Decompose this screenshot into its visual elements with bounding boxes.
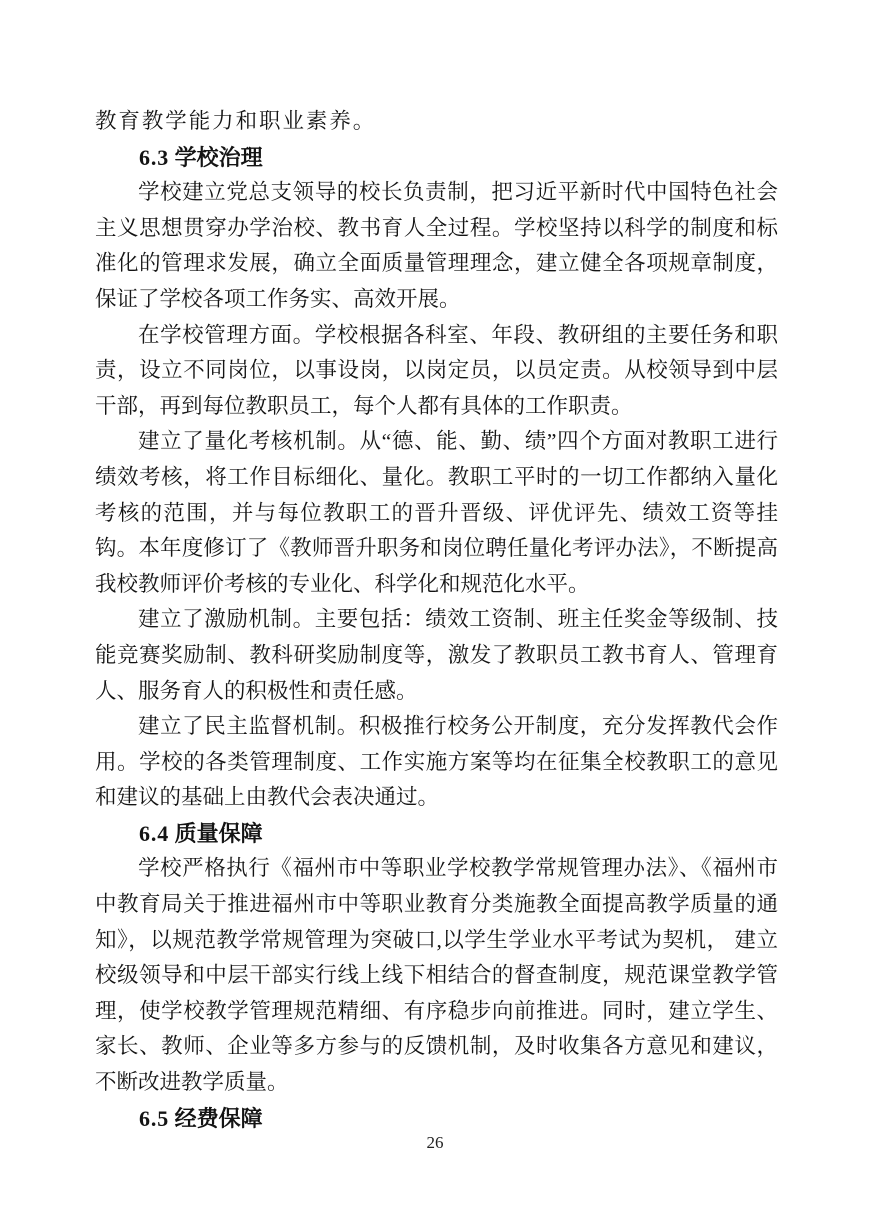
section-heading-6-4: 6.4 质量保障 (95, 816, 778, 852)
paragraph-incentive-mechanism: 建立了激励机制。主要包括：绩效工资制、班主任奖金等级制、技能竞赛奖励制、教科研奖… (95, 602, 778, 709)
paragraph-quantitative-assessment: 建立了量化考核机制。从“德、能、勤、绩”四个方面对教职工进行绩效考核，将工作目标… (95, 424, 778, 602)
paragraph-democratic-supervision: 建立了民主监督机制。积极推行校务公开制度，充分发挥教代会作用。学校的各类管理制度… (95, 709, 778, 816)
paragraph-quality-assurance: 学校严格执行《福州市中等职业学校教学常规管理办法》、《福州市中教育局关于推进福州… (95, 851, 778, 1100)
section-number: 6.3 (139, 145, 169, 170)
section-title: 质量保障 (175, 821, 263, 846)
section-title: 经费保障 (175, 1106, 263, 1131)
paragraph-school-governance-intro: 学校建立党总支领导的校长负责制，把习近平新时代中国特色社会主义思想贯穿办学治校、… (95, 175, 778, 317)
section-number: 6.5 (139, 1106, 169, 1131)
document-body: 教育教学能力和职业素养。 6.3 学校治理 学校建立党总支领导的校长负责制，把习… (95, 104, 778, 1136)
paragraph-school-management: 在学校管理方面。学校根据各科室、年段、教研组的主要任务和职责，设立不同岗位，以事… (95, 318, 778, 425)
paragraph-continuation: 教育教学能力和职业素养。 (95, 104, 778, 140)
document-page: 教育教学能力和职业素养。 6.3 学校治理 学校建立党总支领导的校长负责制，把习… (0, 0, 870, 1230)
section-heading-6-3: 6.3 学校治理 (95, 140, 778, 176)
section-number: 6.4 (139, 821, 169, 846)
section-title: 学校治理 (175, 145, 263, 170)
page-number: 26 (0, 1131, 870, 1155)
